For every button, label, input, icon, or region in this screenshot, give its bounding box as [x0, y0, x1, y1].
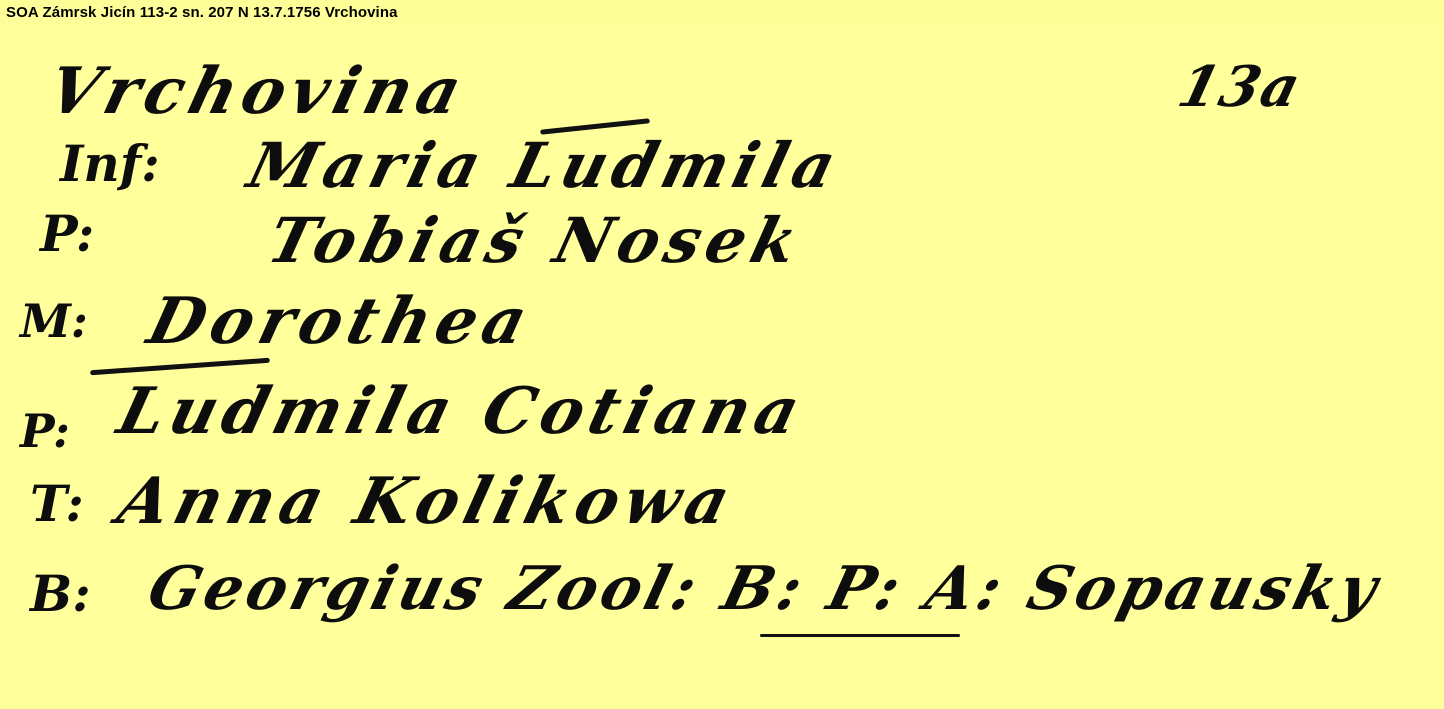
margin-label-infant: Inf: [60, 134, 160, 193]
line-village: Vrchovina [41, 54, 475, 129]
flourish-stroke-2 [90, 358, 270, 376]
margin-label-baptist: B: [30, 564, 91, 623]
margin-label-godparent: P: [20, 404, 70, 458]
line-godparent-name: Ludmila Cotiana [111, 374, 813, 449]
register-page: 13a Vrchovina Inf: Maria Ludmila P: Tobi… [0, 24, 1444, 709]
line-baptist-name: Georgius Zool: B: P: A: Sopausky [141, 554, 1388, 624]
line-witness-name: Anna Kolikowa [111, 464, 743, 539]
margin-label-mother: M: [20, 294, 88, 348]
image-caption: SOA Zámrsk Jicín 113-2 sn. 207 N 13.7.17… [6, 4, 398, 21]
line-child-name: Maria Ludmila [241, 129, 849, 202]
underline-stroke [760, 634, 960, 637]
margin-label-father: P: [40, 204, 94, 263]
entry-day-number: 13a [1172, 54, 1309, 120]
line-mother-name: Dorothea [141, 284, 541, 359]
margin-label-witness: T: [30, 474, 84, 533]
line-father-name: Tobiaš Nosek [261, 204, 810, 277]
